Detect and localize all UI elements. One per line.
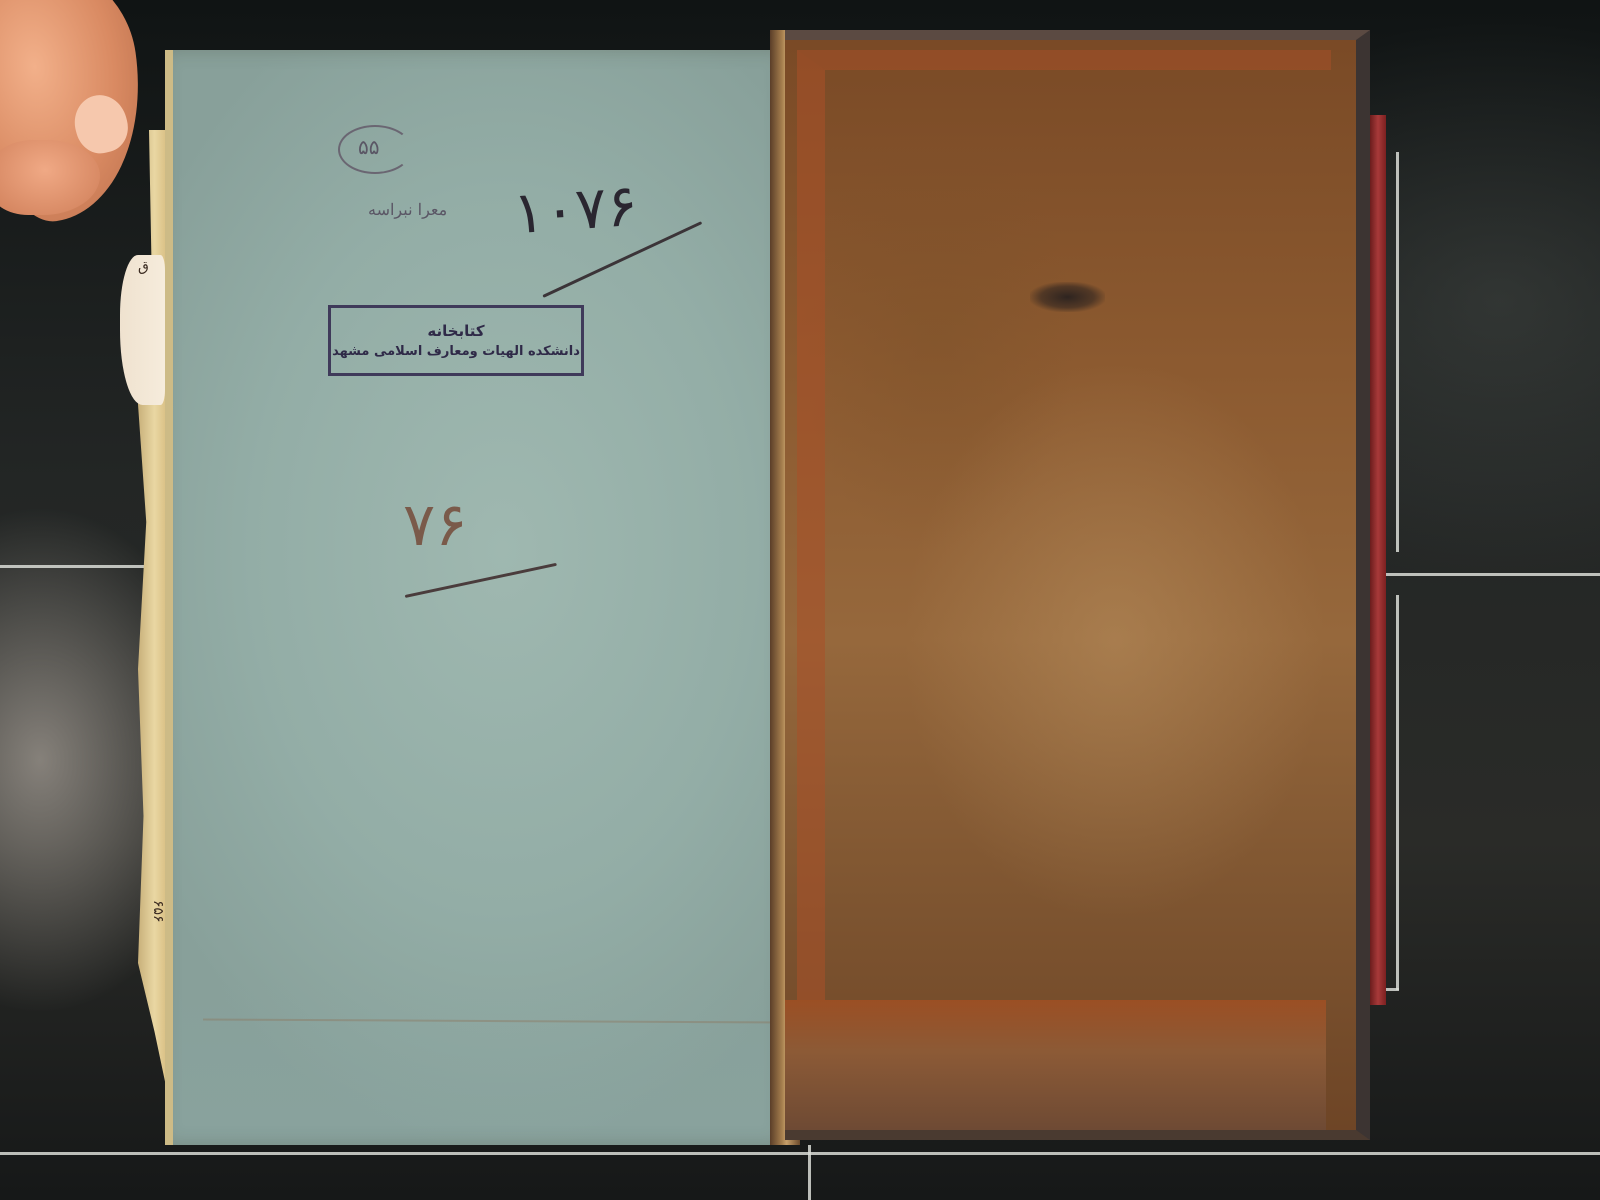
pencil-number: ۷۶ xyxy=(403,490,467,560)
mat-grid-line xyxy=(808,1145,811,1200)
mat-grid-line xyxy=(1396,595,1399,990)
stamp-institution: دانشکده الهیات ومعارف اسلامی مشهد xyxy=(331,344,581,359)
mat-grid-line xyxy=(0,565,160,568)
handwritten-note: معرا نبراسه xyxy=(368,200,447,219)
mat-grid-line xyxy=(0,1152,1600,1155)
cover-turn-in xyxy=(797,50,1331,1015)
mat-grid-line xyxy=(1380,573,1600,576)
cover-stain xyxy=(1030,282,1105,312)
paper-crease xyxy=(203,1018,783,1023)
pencil-underline xyxy=(405,563,557,598)
circled-number: ۵۵ xyxy=(358,135,379,159)
photo-scene: ق ۶۵۶ ۵۵ معرا نبراسه ۱۰۷۶ کتابخانه دانشک… xyxy=(0,0,1600,1200)
shelf-number: ۱۰۷۶ xyxy=(511,171,640,248)
mat-grid-line xyxy=(1385,988,1399,991)
mat-grid-line xyxy=(1396,152,1399,552)
edge-mark-bottom: ۶۵۶ xyxy=(150,900,166,923)
edge-mark-top: ق xyxy=(138,259,149,275)
red-page-edge xyxy=(1370,115,1386,1005)
endpaper: ۵۵ معرا نبراسه ۱۰۷۶ کتابخانه دانشکده اله… xyxy=(165,50,793,1145)
library-stamp: کتابخانه دانشکده الهیات ومعارف اسلامی مش… xyxy=(328,305,584,376)
paper-scrap: ق xyxy=(120,255,165,405)
leather-cover xyxy=(785,30,1370,1140)
stamp-title: کتابخانه xyxy=(331,322,581,340)
cover-bottom-band xyxy=(785,1000,1326,1130)
